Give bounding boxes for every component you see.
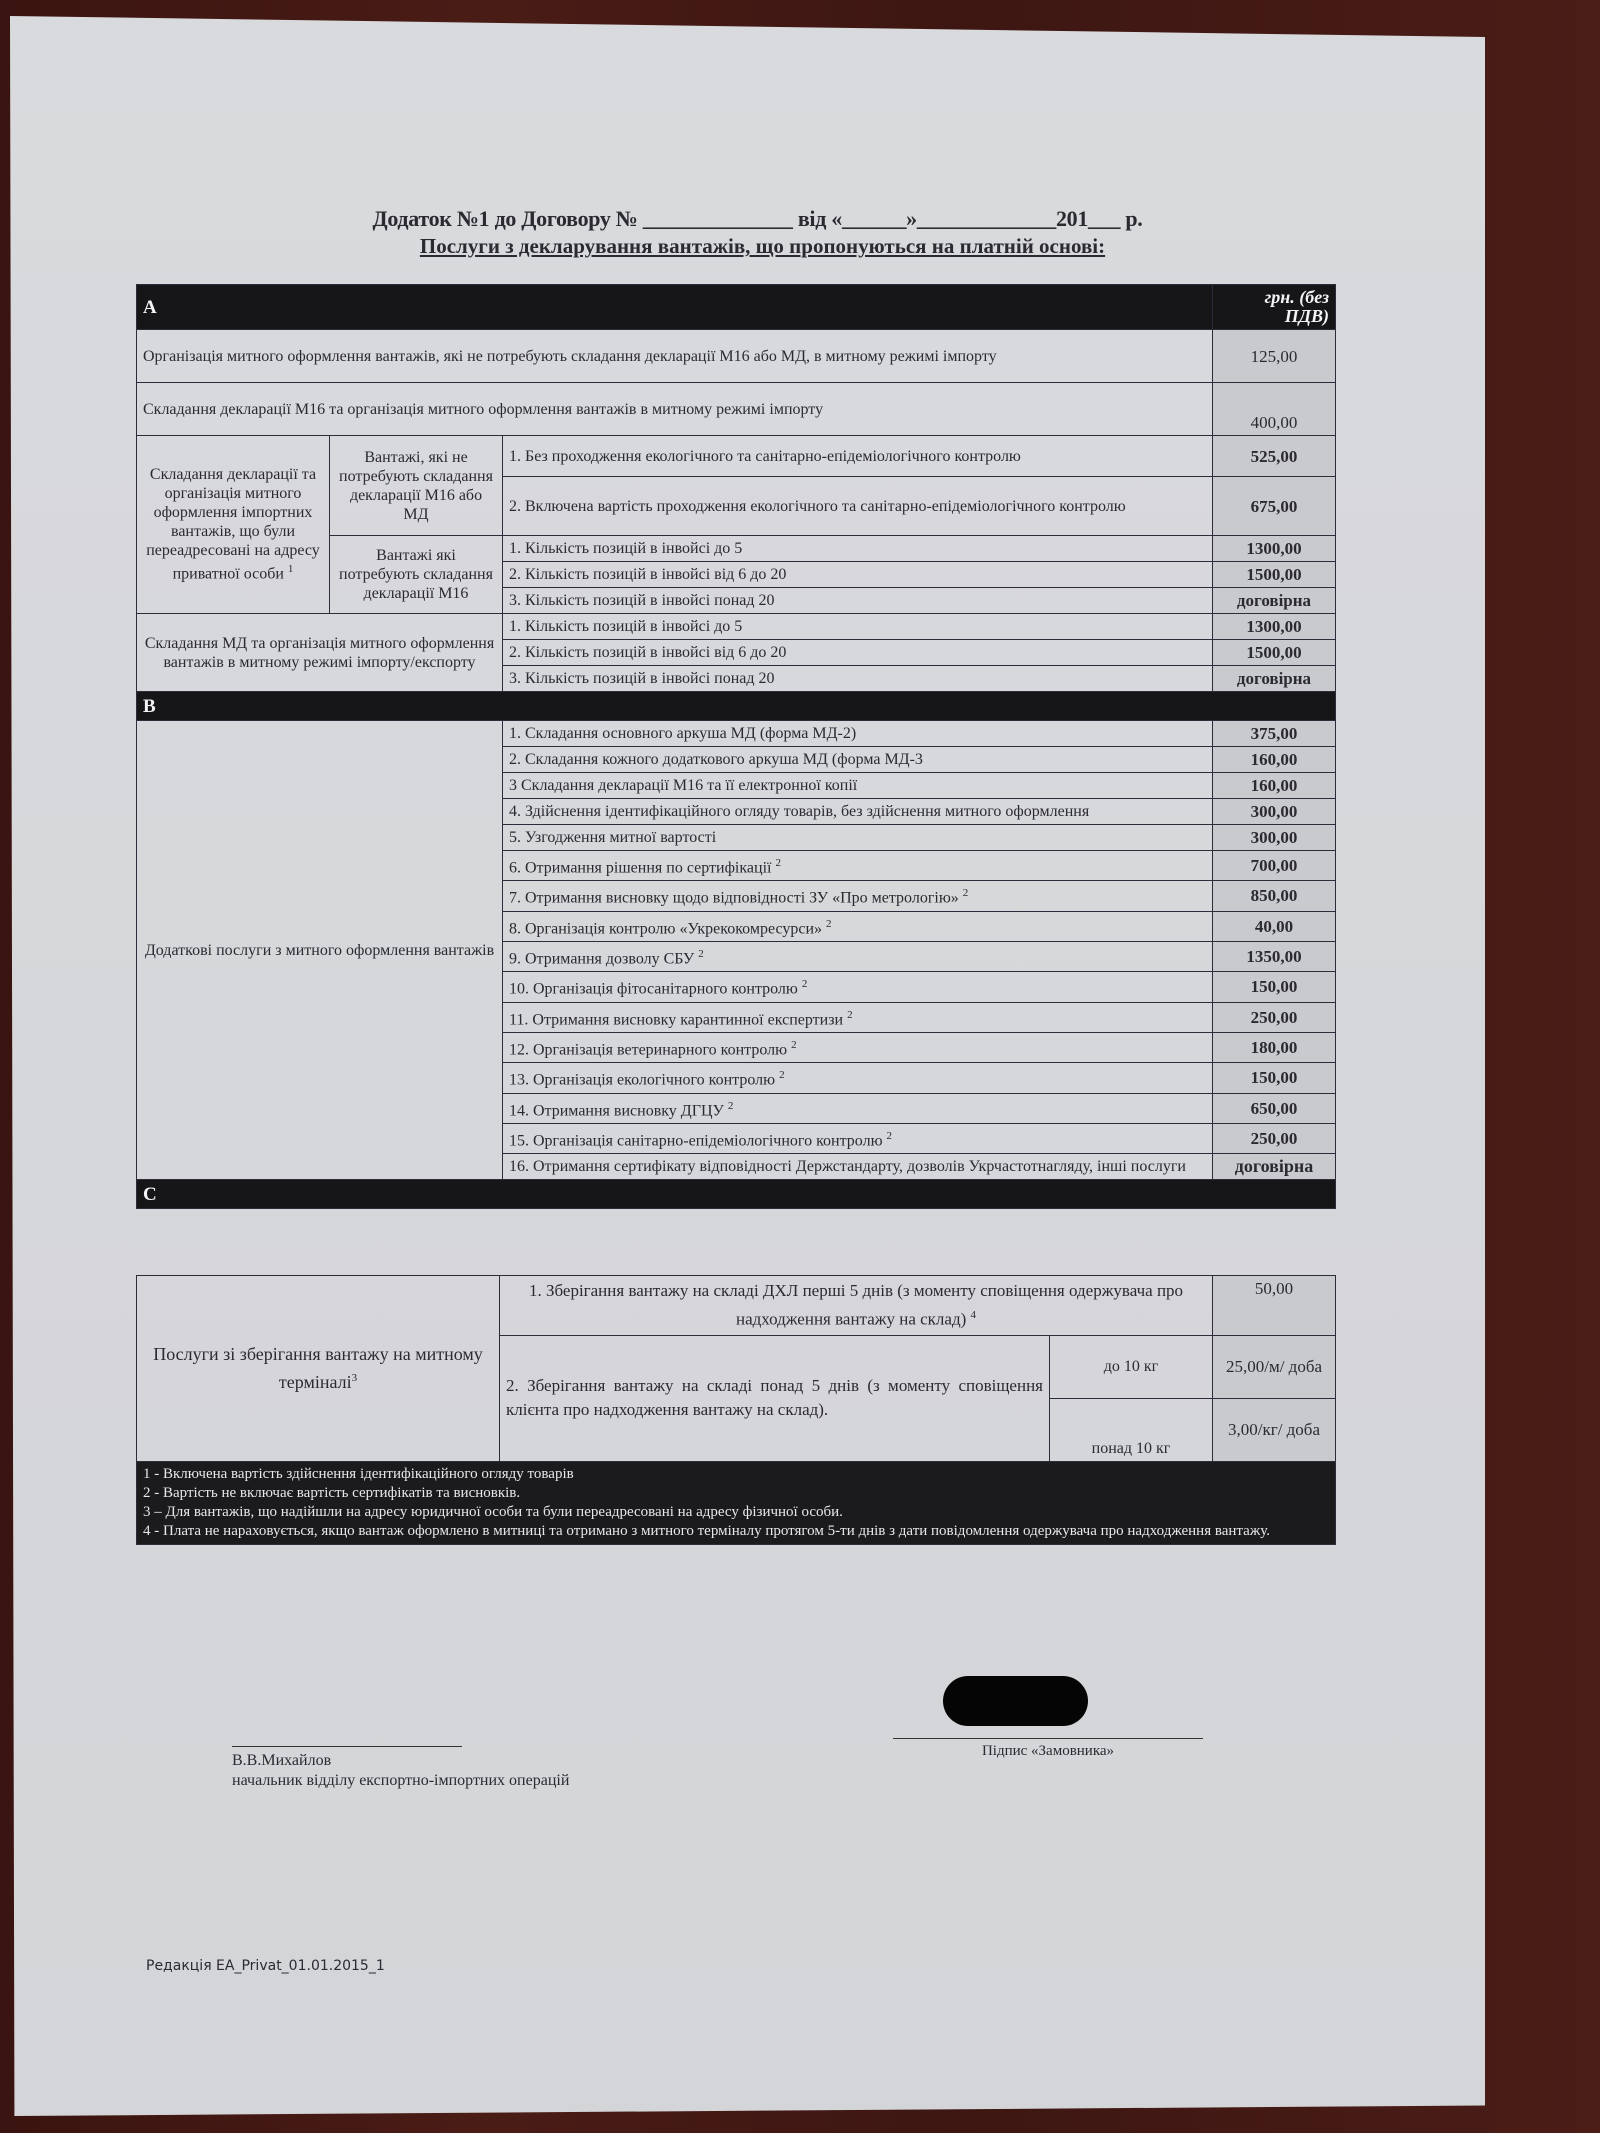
subgroup-title: Вантажі, які не потребують складання дек… (330, 436, 503, 536)
service-text-content: 9. Отримання дозволу СБУ (509, 950, 694, 967)
footnote-ref: 2 (826, 918, 832, 930)
footnote-ref: 2 (779, 1069, 785, 1081)
footnote-ref: 2 (775, 857, 781, 869)
service-text: 3. Кількість позицій в інвойсі понад 20 (503, 666, 1213, 692)
service-text: 1. Кількість позицій в інвойсі до 5 (503, 536, 1213, 562)
service-price: 250,00 (1213, 1123, 1336, 1153)
group-title-text: Складання декларації та організація митн… (146, 466, 320, 582)
service-text: 8. Організація контролю «Укрекокомресурс… (503, 911, 1213, 941)
service-text: 13. Організація екологічного контролю 2 (503, 1063, 1213, 1093)
service-text: 1. Зберігання вантажу на складі ДХЛ перш… (500, 1276, 1213, 1336)
service-text: 14. Отримання висновку ДГЦУ 2 (503, 1093, 1213, 1123)
service-text: 1. Кількість позицій в інвойсі до 5 (503, 614, 1213, 640)
service-text-content: 3 Складання декларації М16 та її електро… (509, 777, 857, 794)
service-price: 1300,00 (1213, 536, 1336, 562)
table-row: Організація митного оформлення вантажів,… (137, 330, 1336, 383)
footnote-ref: 2 (728, 1100, 734, 1112)
service-price: 300,00 (1213, 799, 1336, 825)
table-row: Складання декларації М16 та організація … (137, 383, 1336, 436)
service-text: Складання декларації М16 та організація … (137, 383, 1213, 436)
section-c-header: C (137, 1180, 1336, 1209)
service-text: 2. Кількість позицій в інвойсі від 6 до … (503, 562, 1213, 588)
document-header: Додаток №1 до Договору № ______________ … (10, 206, 1485, 259)
footnote-ref: 3 (352, 1372, 358, 1384)
table-row: Додаткові послуги з митного оформлення в… (137, 721, 1336, 747)
service-text: 1. Без проходження екологічного та саніт… (503, 436, 1213, 477)
signature-line (893, 1738, 1203, 1739)
service-price: 3,00/кг/ доба (1213, 1398, 1336, 1461)
section-b-body: Додаткові послуги з митного оформлення в… (137, 721, 1336, 1180)
document-page: Додаток №1 до Договору № ______________ … (10, 16, 1485, 2116)
service-price: 1300,00 (1213, 614, 1336, 640)
footnote-ref: 2 (791, 1039, 797, 1051)
service-price: 650,00 (1213, 1093, 1336, 1123)
weight-tier: понад 10 кг (1050, 1398, 1213, 1461)
group-title-private: Складання декларації та організація митн… (137, 436, 330, 614)
service-text-content: 16. Отримання сертифікату відповідності … (509, 1158, 1186, 1175)
service-price: 40,00 (1213, 911, 1336, 941)
service-price: 25,00/м/ доба (1213, 1335, 1336, 1398)
service-text: 4. Здійснення ідентифікаційного огляду т… (503, 799, 1213, 825)
service-text: 15. Організація санітарно-епідеміологічн… (503, 1123, 1213, 1153)
service-price: договірна (1213, 588, 1336, 614)
footnote-ref: 4 (971, 1309, 977, 1321)
footnote-ref: 1 (288, 563, 294, 575)
service-text: Організація митного оформлення вантажів,… (137, 330, 1213, 383)
service-price: 400,00 (1213, 383, 1336, 436)
service-price: 150,00 (1213, 1063, 1336, 1093)
section-b-header: B (137, 692, 1336, 721)
service-price: договірна (1213, 666, 1336, 692)
service-text-content: 4. Здійснення ідентифікаційного огляду т… (509, 803, 1089, 820)
price-table: A грн. (без ПДВ) Організація митного офо… (136, 284, 1336, 1209)
table-row: Складання МД та організація митного офор… (137, 614, 1336, 640)
service-text: 1. Складання основного аркуша МД (форма … (503, 721, 1213, 747)
service-price: 160,00 (1213, 773, 1336, 799)
service-price: 160,00 (1213, 747, 1336, 773)
service-text-content: 5. Узгодження митної вартості (509, 829, 716, 846)
footnote: 2 - Вартість не включає вартість сертифі… (143, 1484, 1329, 1503)
group-title-storage: Послуги зі зберігання вантажу на митному… (137, 1276, 500, 1462)
storage-table: Послуги зі зберігання вантажу на митному… (136, 1275, 1336, 1545)
service-text: 2. Складання кожного додаткового аркуша … (503, 747, 1213, 773)
subgroup-title: Вантажі які потребують складання деклара… (330, 536, 503, 614)
signature-line (232, 1746, 462, 1747)
service-text-content: 15. Організація санітарно-епідеміологічн… (509, 1132, 883, 1149)
service-price: 850,00 (1213, 881, 1336, 911)
service-text-content: 12. Організація ветеринарного контролю (509, 1041, 787, 1058)
service-text-content: 11. Отримання висновку карантинної експе… (509, 1011, 843, 1028)
service-price: 150,00 (1213, 972, 1336, 1002)
service-text: 10. Організація фітосанітарного контролю… (503, 972, 1213, 1002)
service-price: 50,00 (1213, 1276, 1336, 1336)
service-price: 250,00 (1213, 1002, 1336, 1032)
currency-label: грн. (без ПДВ) (1213, 285, 1336, 330)
signature-right: Підпис «Замовника» (893, 1676, 1203, 1760)
edition-label: Редакція EA_Privat_01.01.2015_1 (146, 1958, 385, 1974)
service-text: 7. Отримання висновку щодо відповідності… (503, 881, 1213, 911)
service-text-content: 6. Отримання рішення по сертифікації (509, 859, 771, 876)
service-text-content: 8. Організація контролю «Укрекокомресурс… (509, 920, 822, 937)
service-price: 700,00 (1213, 851, 1336, 881)
weight-tier: до 10 кг (1050, 1335, 1213, 1398)
service-text: 2. Включена вартість проходження екологі… (503, 477, 1213, 536)
footnote-ref: 2 (963, 887, 969, 899)
footnotes-cell: 1 - Включена вартість здійснення ідентиф… (137, 1461, 1336, 1544)
service-text: 2. Кількість позицій в інвойсі від 6 до … (503, 640, 1213, 666)
service-price: 1500,00 (1213, 562, 1336, 588)
service-text: 12. Організація ветеринарного контролю 2 (503, 1032, 1213, 1062)
section-label: A (137, 285, 1213, 330)
service-price: 525,00 (1213, 436, 1336, 477)
service-text: 5. Узгодження митної вартості (503, 825, 1213, 851)
service-price: 300,00 (1213, 825, 1336, 851)
document-subtitle: Послуги з декларування вантажів, що проп… (40, 234, 1485, 259)
service-text: 6. Отримання рішення по сертифікації 2 (503, 851, 1213, 881)
service-text: 16. Отримання сертифікату відповідності … (503, 1154, 1213, 1180)
footnotes: 1 - Включена вартість здійснення ідентиф… (137, 1461, 1336, 1544)
footnote: 3 – Для вантажів, що надійшли на адресу … (143, 1503, 1329, 1522)
signer-name: В.В.Михайлов (232, 1751, 569, 1771)
service-price: 125,00 (1213, 330, 1336, 383)
service-text-content: 10. Організація фітосанітарного контролю (509, 981, 798, 998)
service-text: 3 Складання декларації М16 та її електро… (503, 773, 1213, 799)
service-price: 1350,00 (1213, 941, 1336, 971)
footnote-ref: 2 (802, 978, 808, 990)
service-price: 375,00 (1213, 721, 1336, 747)
service-text-content: 7. Отримання висновку щодо відповідності… (509, 890, 959, 907)
service-price: 675,00 (1213, 477, 1336, 536)
service-text-content: 14. Отримання висновку ДГЦУ (509, 1102, 724, 1119)
signature-left: В.В.Михайлов начальник відділу експортно… (232, 1746, 569, 1791)
service-price: договірна (1213, 1154, 1336, 1180)
section-label: B (137, 692, 1336, 721)
group-title-md: Складання МД та організація митного офор… (137, 614, 503, 692)
group-title-additional: Додаткові послуги з митного оформлення в… (137, 721, 503, 1180)
footnote: 1 - Включена вартість здійснення ідентиф… (143, 1465, 1329, 1484)
service-text-content: 2. Складання кожного додаткового аркуша … (509, 751, 923, 768)
service-price: 180,00 (1213, 1032, 1336, 1062)
table-row: Послуги зі зберігання вантажу на митному… (137, 1276, 1336, 1336)
signer-position: начальник відділу експортно-імпортних оп… (232, 1771, 569, 1791)
redacted-signature (943, 1676, 1088, 1726)
service-price: 1500,00 (1213, 640, 1336, 666)
service-text: 2. Зберігання вантажу на складі понад 5 … (500, 1335, 1050, 1461)
document-title: Додаток №1 до Договору № ______________ … (30, 206, 1485, 232)
footnote-ref: 2 (847, 1009, 853, 1021)
section-label: C (137, 1180, 1336, 1209)
service-text: 9. Отримання дозволу СБУ 2 (503, 941, 1213, 971)
service-text-content: 13. Організація екологічного контролю (509, 1072, 775, 1089)
service-text: 3. Кількість позицій в інвойсі понад 20 (503, 588, 1213, 614)
group-title-text: Послуги зі зберігання вантажу на митному… (153, 1344, 483, 1392)
customer-signature-label: Підпис «Замовника» (893, 1743, 1203, 1760)
footnote: 4 - Плата не нараховується, якщо вантаж … (143, 1522, 1329, 1541)
service-text-content: 1. Складання основного аркуша МД (форма … (509, 725, 856, 742)
footnote-ref: 2 (698, 948, 704, 960)
service-text-content: 1. Зберігання вантажу на складі ДХЛ перш… (529, 1281, 1183, 1329)
table-row: Складання декларації та організація митн… (137, 436, 1336, 477)
footnote-ref: 2 (887, 1130, 893, 1142)
section-a-header: A грн. (без ПДВ) (137, 285, 1336, 330)
service-text: 11. Отримання висновку карантинної експе… (503, 1002, 1213, 1032)
